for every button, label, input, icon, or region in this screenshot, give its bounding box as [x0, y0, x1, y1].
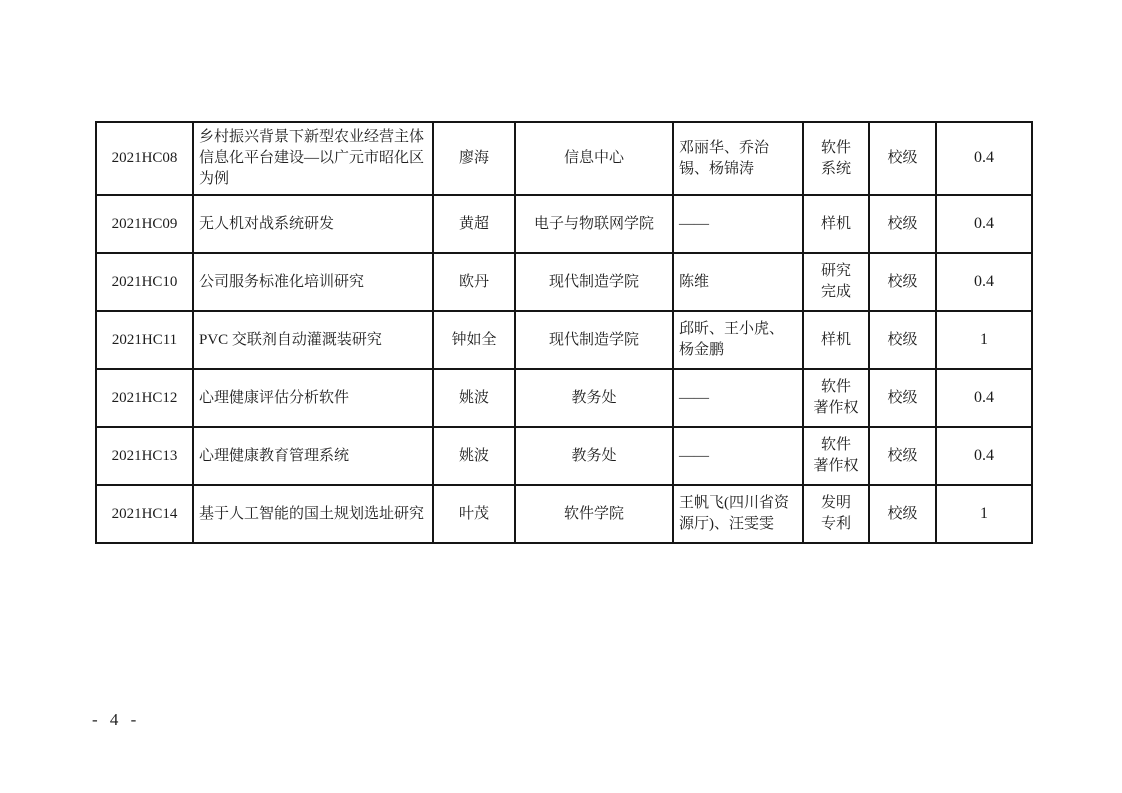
cell-leader-name: 叶茂 [433, 485, 515, 543]
cell-department: 教务处 [515, 369, 673, 427]
cell-project-level: 校级 [869, 253, 936, 311]
page-number: - 4 - [92, 710, 140, 730]
table-row: 2021HC13心理健康教育管理系统姚波教务处——软件 著作权校级0.4 [96, 427, 1032, 485]
cell-score: 0.4 [936, 427, 1032, 485]
cell-team-members: 邓丽华、乔治锡、杨锦涛 [673, 122, 803, 195]
cell-score: 0.4 [936, 253, 1032, 311]
cell-department: 现代制造学院 [515, 311, 673, 369]
cell-project-id: 2021HC14 [96, 485, 193, 543]
cell-outcome-type: 样机 [803, 195, 869, 253]
cell-project-id: 2021HC11 [96, 311, 193, 369]
cell-project-id: 2021HC10 [96, 253, 193, 311]
cell-project-id: 2021HC08 [96, 122, 193, 195]
table-row: 2021HC08乡村振兴背景下新型农业经营主体信息化平台建设—以广元市昭化区为例… [96, 122, 1032, 195]
table-row: 2021HC10公司服务标准化培训研究欧丹现代制造学院陈维研究 完成校级0.4 [96, 253, 1032, 311]
cell-team-members: —— [673, 427, 803, 485]
cell-project-id: 2021HC09 [96, 195, 193, 253]
cell-team-members: 陈维 [673, 253, 803, 311]
cell-project-title: 无人机对战系统研发 [193, 195, 433, 253]
cell-score: 1 [936, 485, 1032, 543]
cell-project-id: 2021HC12 [96, 369, 193, 427]
cell-leader-name: 欧丹 [433, 253, 515, 311]
cell-leader-name: 廖海 [433, 122, 515, 195]
cell-department: 现代制造学院 [515, 253, 673, 311]
cell-leader-name: 黄超 [433, 195, 515, 253]
cell-project-level: 校级 [869, 122, 936, 195]
cell-score: 0.4 [936, 195, 1032, 253]
cell-score: 1 [936, 311, 1032, 369]
table-row: 2021HC11PVC 交联剂自动灌溉装研究钟如全现代制造学院邱昕、王小虎、杨金… [96, 311, 1032, 369]
cell-leader-name: 钟如全 [433, 311, 515, 369]
cell-department: 教务处 [515, 427, 673, 485]
cell-project-id: 2021HC13 [96, 427, 193, 485]
table-row: 2021HC09无人机对战系统研发黄超电子与物联网学院——样机校级0.4 [96, 195, 1032, 253]
cell-project-title: PVC 交联剂自动灌溉装研究 [193, 311, 433, 369]
cell-team-members: —— [673, 369, 803, 427]
cell-leader-name: 姚波 [433, 369, 515, 427]
cell-team-members: 王帆飞(四川省资源厅)、汪雯雯 [673, 485, 803, 543]
cell-score: 0.4 [936, 122, 1032, 195]
cell-department: 信息中心 [515, 122, 673, 195]
cell-project-level: 校级 [869, 485, 936, 543]
cell-outcome-type: 软件 著作权 [803, 369, 869, 427]
cell-project-level: 校级 [869, 427, 936, 485]
cell-score: 0.4 [936, 369, 1032, 427]
cell-team-members: —— [673, 195, 803, 253]
projects-table: 2021HC08乡村振兴背景下新型农业经营主体信息化平台建设—以广元市昭化区为例… [95, 121, 1033, 544]
cell-outcome-type: 样机 [803, 311, 869, 369]
table-row: 2021HC12心理健康评估分析软件姚波教务处——软件 著作权校级0.4 [96, 369, 1032, 427]
cell-outcome-type: 研究 完成 [803, 253, 869, 311]
cell-project-level: 校级 [869, 195, 936, 253]
cell-project-title: 心理健康评估分析软件 [193, 369, 433, 427]
cell-project-level: 校级 [869, 311, 936, 369]
cell-outcome-type: 发明 专利 [803, 485, 869, 543]
cell-project-level: 校级 [869, 369, 936, 427]
cell-outcome-type: 软件 系统 [803, 122, 869, 195]
cell-leader-name: 姚波 [433, 427, 515, 485]
cell-project-title: 乡村振兴背景下新型农业经营主体信息化平台建设—以广元市昭化区为例 [193, 122, 433, 195]
cell-team-members: 邱昕、王小虎、杨金鹏 [673, 311, 803, 369]
cell-project-title: 心理健康教育管理系统 [193, 427, 433, 485]
cell-department: 电子与物联网学院 [515, 195, 673, 253]
cell-outcome-type: 软件 著作权 [803, 427, 869, 485]
cell-project-title: 基于人工智能的国土规划选址研究 [193, 485, 433, 543]
cell-project-title: 公司服务标准化培训研究 [193, 253, 433, 311]
table-row: 2021HC14基于人工智能的国土规划选址研究叶茂软件学院王帆飞(四川省资源厅)… [96, 485, 1032, 543]
document-page: 2021HC08乡村振兴背景下新型农业经营主体信息化平台建设—以广元市昭化区为例… [0, 0, 1122, 793]
cell-department: 软件学院 [515, 485, 673, 543]
